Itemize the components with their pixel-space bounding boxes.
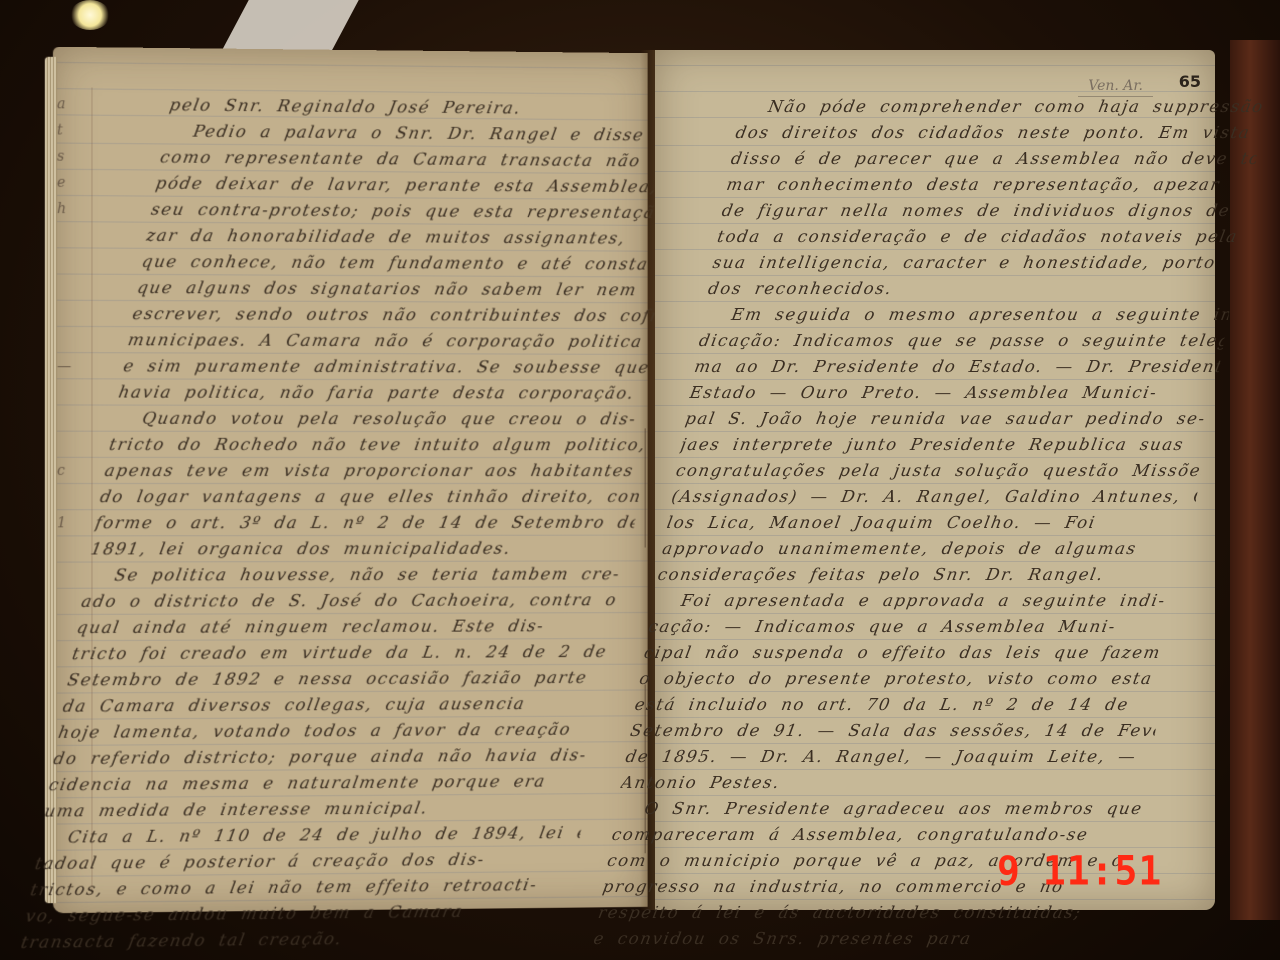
handwritten-line: (Assignados) — Dr. A. Rangel, Galdino An… — [669, 484, 1199, 510]
margin-mark: s — [57, 144, 81, 170]
margin-mark — [57, 432, 81, 458]
timestamp-day: 9 — [997, 848, 1021, 894]
handwritten-line: Antonio Pestes. — [619, 770, 1149, 796]
handwritten-line: jaes interprete junto Presidente Republi… — [678, 432, 1208, 458]
left-page-text: pelo Snr. Reginaldo José Pereira.Pedio a… — [19, 92, 709, 956]
handwritten-line: Cita a L. nº 110 de 24 de julho de 1894,… — [37, 820, 582, 851]
handwritten-line: de figurar nella nomes de individuos dig… — [720, 198, 1250, 224]
margin-mark: t — [57, 117, 81, 143]
handwritten-line: sua intelligencia, caracter e honestidad… — [711, 250, 1241, 276]
handwritten-line: 1891, lei organica dos municipalidades. — [89, 536, 633, 563]
handwritten-line: Setembro de 91. — Sala das sessões, 14 d… — [628, 718, 1158, 744]
handwritten-line: Se politica houvesse, não se teria tambe… — [84, 561, 628, 588]
margin-mark: a — [57, 91, 81, 117]
handwritten-line: Em seguida o mesmo apresentou a seguinte… — [701, 302, 1231, 328]
handwritten-line: como representante da Camara transacta n… — [158, 144, 700, 174]
margin-mark — [57, 301, 81, 327]
handwritten-line: que alguns dos signatarios não sabem ler… — [135, 275, 678, 304]
handwritten-line: forme o art. 3º da L. nº 2 de 14 de Sete… — [93, 510, 637, 537]
margin-mark — [57, 222, 81, 248]
handwritten-line: zar da honorabilidade de muitos assignan… — [144, 223, 687, 252]
handwritten-line: dicação: Indicamos que se passe o seguin… — [697, 328, 1227, 354]
margin-mark — [57, 248, 81, 274]
handwritten-line: escrever, sendo outros não contribuintes… — [130, 301, 673, 329]
handwritten-line: que conhece, não tem fundamento e até co… — [140, 249, 683, 278]
handwritten-line: havia politica, não faria parte desta co… — [116, 379, 659, 406]
margin-mark: c — [57, 458, 81, 484]
handwritten-line: cação: — Indicamos que a Assemblea Muni- — [646, 614, 1176, 640]
handwritten-line: seu contra-protesto; pois que esta repre… — [149, 197, 691, 227]
margin-mark — [57, 274, 81, 300]
page-number: 65 — [1179, 72, 1201, 91]
handwritten-line: congratulações pela justa solução questã… — [674, 458, 1204, 484]
handwritten-line: tricto foi creado em virtude da L. n. 24… — [70, 639, 615, 667]
margin-mark — [57, 327, 81, 353]
handwritten-line: Quando votou pela resolução que creou o … — [112, 406, 655, 433]
margin-mark — [57, 405, 81, 431]
margin-mark: h — [57, 196, 81, 222]
right-page: Ven. Ar. 65 Não póde comprehender como h… — [655, 50, 1215, 910]
handwritten-line: Estado — Ouro Preto. — Assemblea Munici- — [688, 380, 1218, 406]
left-page: atseh—c1 pelo Snr. Reginaldo José Pereir… — [53, 47, 648, 913]
handwritten-line: Não póde comprehender como haja suppress… — [738, 94, 1268, 120]
light-glare — [70, 0, 110, 30]
margin-mark: e — [57, 170, 81, 196]
handwritten-line: compareceram á Assemblea, congratulando-… — [610, 822, 1140, 848]
handwritten-line: tricto do Rochedo não teve intuito algum… — [107, 432, 651, 458]
handwritten-line: cidencia na mesma e naturalmente porque … — [47, 768, 592, 798]
handwritten-line: transacta fazendo tal creação. — [19, 924, 565, 956]
margin-mark — [57, 536, 81, 562]
handwritten-line: approvado unanimemente, depois de alguma… — [660, 536, 1190, 562]
right-page-text: Não póde comprehender como haja suppress… — [591, 94, 1267, 952]
handwritten-line: e sim puramente administrativa. Se soube… — [121, 353, 664, 380]
handwritten-line: disso é de parecer que a Assemblea não d… — [729, 146, 1259, 172]
handwritten-line: Setembro de 1892 e nessa occasião fazião… — [65, 665, 610, 694]
handwritten-line: dos reconhecidos. — [706, 276, 1236, 302]
margin-mark — [57, 563, 81, 589]
handwritten-line: da Camara diversos collegas, cuja ausenc… — [61, 691, 606, 720]
handwritten-line: O Snr. Presidente agradeceu aos membros … — [614, 796, 1144, 822]
timestamp-time: 11:51 — [1043, 848, 1162, 894]
handwritten-line: cipal não suspenda o effeito das leis qu… — [642, 640, 1172, 666]
handwritten-line: está incluido no art. 70 da L. nº 2 de 1… — [633, 692, 1163, 718]
handwritten-line: considerações feitas pelo Snr. Dr. Range… — [656, 562, 1186, 588]
handwritten-line: de 1895. — Dr. A. Rangel, — Joaquim Leit… — [623, 744, 1153, 770]
margin-mark — [57, 589, 81, 615]
handwritten-line: respeito á lei e ás auctoridades constit… — [596, 900, 1126, 926]
handwritten-line: toda a consideração e de cidadãos notave… — [715, 224, 1245, 250]
handwritten-line: hoje lamenta, votando todos a favor da c… — [56, 717, 601, 746]
handwritten-line: póde deixar de lavrar, perante esta Asse… — [153, 171, 695, 201]
margin-mark: 1 — [57, 510, 81, 536]
handwritten-line: apenas teve em vista proporcionar aos ha… — [102, 458, 646, 484]
handwritten-line: dos direitos dos cidadãos neste ponto. E… — [733, 120, 1263, 146]
handwritten-line: e convidou os Snrs. presentes para — [591, 926, 1121, 952]
handwritten-line: los Lica, Manoel Joaquim Coelho. — Foi — [665, 510, 1195, 536]
handwritten-line: ado o districto de S. José do Cachoeira,… — [79, 587, 623, 615]
handwritten-line: Foi apresentada e approvada a seguinte i… — [651, 588, 1181, 614]
handwritten-line: o objecto do presente protesto, visto co… — [637, 666, 1167, 692]
margin-mark — [57, 484, 81, 510]
handwritten-line: ma ao Dr. Presidente do Estado. — Dr. Pr… — [692, 354, 1222, 380]
open-ledger-book: atseh—c1 pelo Snr. Reginaldo José Pereir… — [55, 50, 1240, 910]
handwritten-line: pal S. João hoje reunida vae saudar pedi… — [683, 406, 1213, 432]
margin-mark: — — [57, 353, 81, 379]
camera-timestamp: 911:51 — [997, 848, 1162, 894]
handwritten-line: qual ainda até ninguem reclamou. Este di… — [75, 613, 619, 641]
handwritten-line: do referido districto; porque ainda não … — [51, 742, 596, 772]
handwritten-line: do logar vantagens a que elles tinhão di… — [98, 484, 642, 510]
margin-mark — [57, 379, 81, 405]
handwritten-line: municipaes. A Camara não é corporação po… — [126, 327, 669, 355]
handwritten-line: mar conhecimento desta representação, ap… — [724, 172, 1254, 198]
